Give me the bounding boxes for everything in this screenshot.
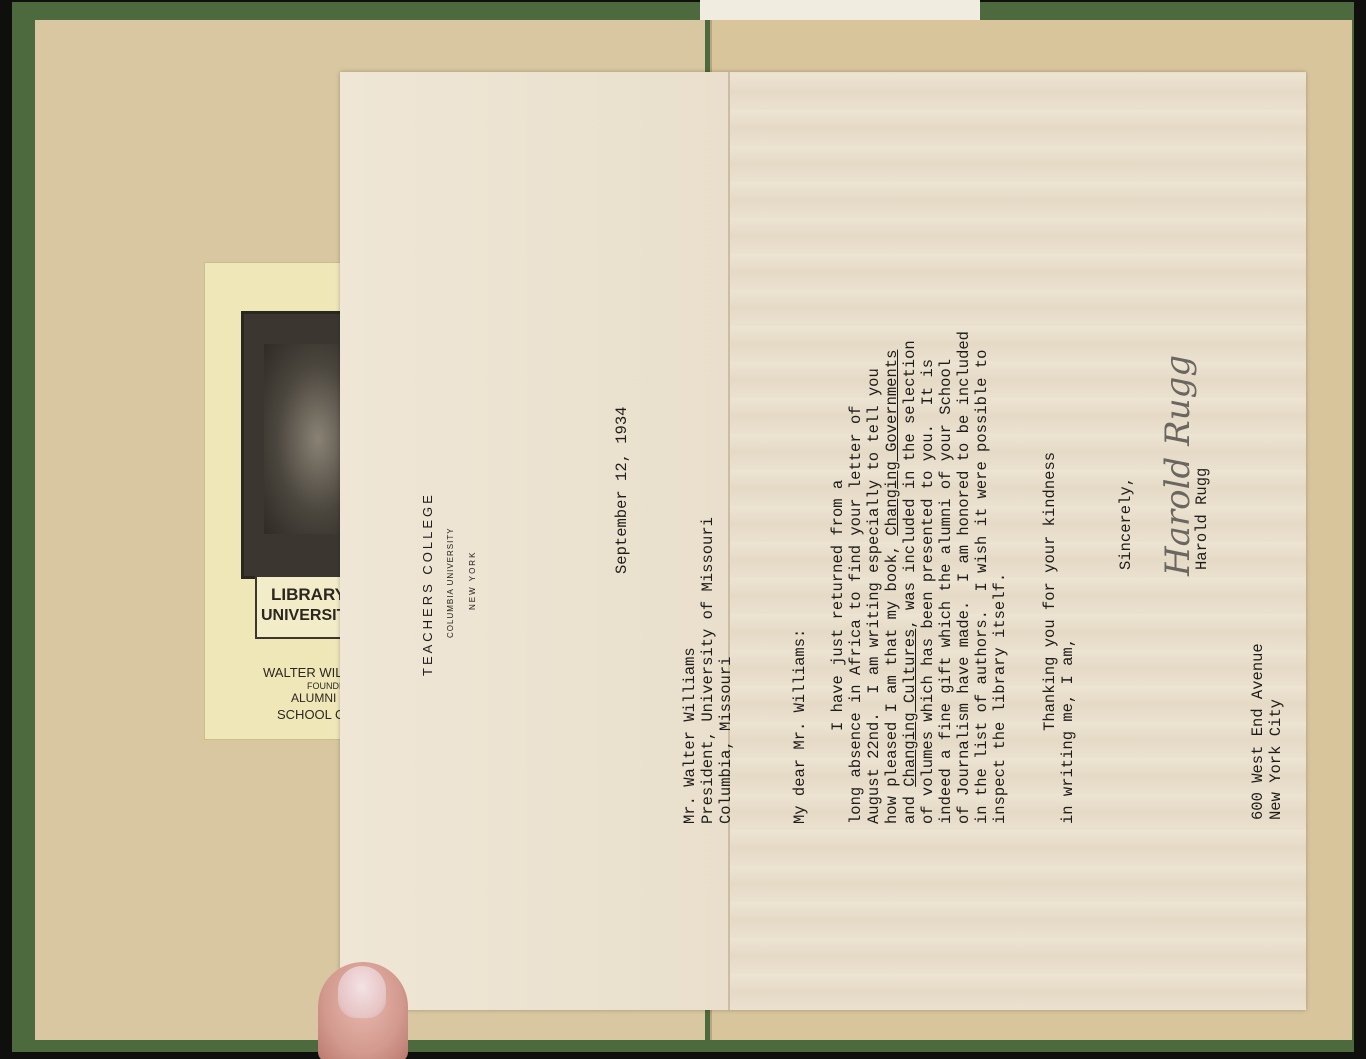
letterhead-university: COLUMBIA UNIVERSITY	[446, 527, 455, 638]
bookplate-label-line1: LIBRARY	[271, 585, 346, 605]
letter-date: September 12, 1934	[612, 407, 632, 574]
bookplate-caption-line3: ALUMNI	[291, 691, 336, 705]
paragraph1-line6: of volumes which has been presented to y…	[918, 359, 938, 824]
book-title-part2: Changing Cultures	[901, 629, 919, 787]
fingernail	[338, 966, 386, 1018]
paragraph1-line4: how pleased I am that my book, Changing …	[882, 350, 902, 824]
recipient-location: Columbia, Missouri	[716, 657, 736, 824]
letter-left-panel	[340, 72, 730, 1010]
letter-sheet: TEACHERS COLLEGE COLUMBIA UNIVERSITY NEW…	[340, 72, 1306, 1010]
line4-text: how pleased I am that my book,	[883, 536, 901, 824]
paper-tab	[700, 0, 980, 20]
paragraph1-line9: in the list of authors. I wish it were p…	[972, 350, 992, 824]
line5-text-b: , was included in the selection	[901, 340, 919, 628]
letterhead-institution: TEACHERS COLLEGE	[420, 492, 435, 676]
recipient-name: Mr. Walter Williams	[680, 647, 700, 824]
letter-right-panel	[730, 72, 1306, 1010]
paragraph1-line3: August 22nd. I am writing especially to …	[864, 368, 884, 824]
paragraph2-line1: Thanking you for your kindness	[1040, 452, 1060, 824]
paragraph1-line5: and Changing Cultures, was included in t…	[900, 340, 920, 824]
letterhead-city: NEW YORK	[468, 551, 477, 610]
paragraph1-line7: indeed a fine gift which the alumni of y…	[936, 359, 956, 824]
recipient-title: President, University of Missouri	[698, 517, 718, 824]
line5-text-a: and	[901, 787, 919, 824]
address-street: 600 West End Avenue	[1248, 643, 1268, 820]
paragraph1-line8: of Journalism have made. I am honored to…	[954, 331, 974, 824]
typed-name: Harold Rugg	[1192, 468, 1212, 570]
closing: Sincerely,	[1116, 477, 1136, 570]
paragraph2-line2: in writing me, I am,	[1058, 638, 1078, 824]
book-title-part1: Changing Governments	[883, 350, 901, 536]
address-city: New York City	[1266, 699, 1286, 820]
paragraph1-line10: inspect the library itself.	[990, 573, 1010, 824]
paragraph1-line2: long absence in Africa to find your lett…	[846, 405, 866, 824]
salutation: My dear Mr. Williams:	[790, 629, 810, 824]
paragraph1-line1: I have just returned from a	[828, 480, 848, 824]
